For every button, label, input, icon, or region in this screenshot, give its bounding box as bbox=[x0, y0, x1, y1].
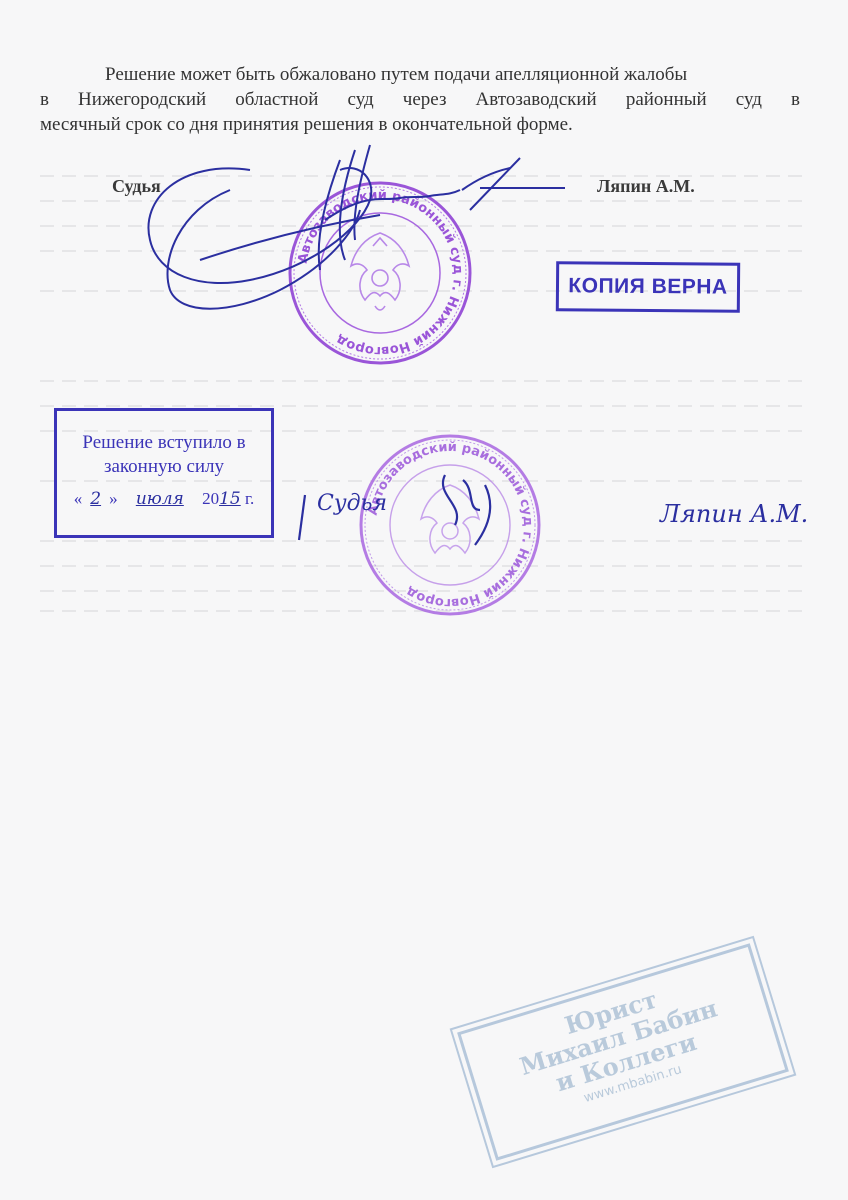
date-suffix: г. bbox=[245, 489, 254, 508]
legal-force-line2: законную силу bbox=[57, 455, 271, 479]
document-page: Решение может быть обжаловано путем пода… bbox=[0, 0, 848, 1200]
date-day: 2 bbox=[82, 489, 109, 509]
legal-force-date: «2» июля 2015 г. bbox=[57, 487, 271, 511]
paragraph-line: месячный срок со дня принятия решения в … bbox=[40, 112, 800, 137]
legal-force-stamp: Решение вступило в законную силу «2» июл… bbox=[54, 408, 274, 538]
copy-certified-stamp: КОПИЯ ВЕРНА bbox=[556, 261, 740, 313]
watermark-stamp: Юрист Михаил Бабин и Коллеги www.mbabin.… bbox=[457, 943, 789, 1161]
date-year-prefix: 20 bbox=[202, 489, 219, 508]
bleed-through-line bbox=[40, 405, 808, 407]
handwritten-judge-name: Ляпин А.М. bbox=[660, 500, 808, 528]
judge-signature-icon bbox=[140, 140, 560, 320]
date-year-suffix: 15 bbox=[219, 489, 241, 509]
date-month: июля bbox=[122, 489, 198, 509]
judge-name: Ляпин А.М. bbox=[597, 176, 695, 197]
handwritten-judge-label: Судья bbox=[317, 491, 387, 516]
bleed-through-line bbox=[40, 380, 808, 382]
paragraph-line: Решение может быть обжаловано путем пода… bbox=[40, 62, 800, 87]
handwritten-judge-signature-icon: Судья bbox=[295, 465, 505, 545]
appeal-paragraph: Решение может быть обжаловано путем пода… bbox=[40, 62, 800, 137]
paragraph-line: в Нижегородский областной суд через Авто… bbox=[40, 87, 800, 112]
legal-force-line1: Решение вступило в bbox=[57, 431, 271, 455]
